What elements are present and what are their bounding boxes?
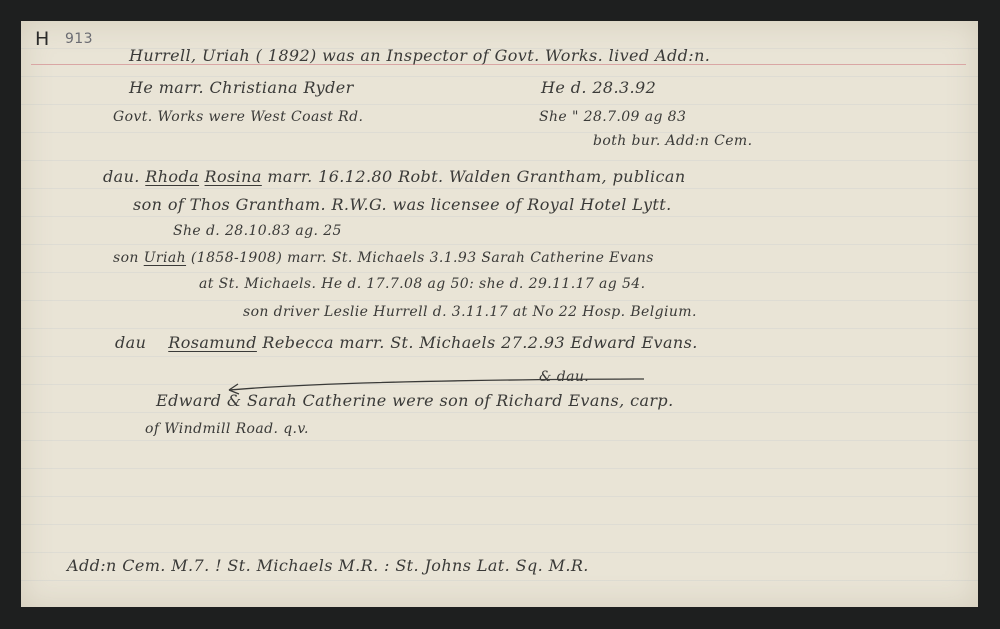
card-ref-letter: H bbox=[35, 28, 50, 50]
marriage-detail: (1858-1908) marr. St. Michaels 3.1.93 Sa… bbox=[191, 250, 654, 266]
line-death-he: He d. 28.3.92 bbox=[541, 78, 656, 97]
name-rosina: Rosina bbox=[205, 167, 262, 186]
relation-label: dau. bbox=[103, 167, 140, 186]
line-rhoda-death: She d. 28.10.83 ag. 25 bbox=[173, 223, 342, 239]
insertion-note: & dau. bbox=[539, 369, 589, 385]
name-rhoda: Rhoda bbox=[145, 167, 199, 186]
name-uriah: Uriah bbox=[144, 250, 186, 266]
line-leslie: son driver Leslie Hurrell d. 3.11.17 at … bbox=[243, 304, 697, 320]
marriage-detail: marr. 16.12.80 Robt. Walden Grantham, pu… bbox=[267, 167, 685, 186]
line-windmill-road: of Windmill Road. q.v. bbox=[145, 421, 309, 437]
line-daughter-rosamund: dau Rosamund Rebecca marr. St. Michaels … bbox=[115, 333, 698, 352]
line-death-she: She " 28.7.09 ag 83 bbox=[539, 109, 686, 125]
index-card: H 913 Hurrell, Uriah ( 1892) was an Insp… bbox=[21, 21, 978, 607]
line-uriah-death: at St. Michaels. He d. 17.7.08 ag 50: sh… bbox=[199, 276, 645, 292]
card-ref-number: 913 bbox=[65, 31, 93, 47]
line-evans-parents: Edward & Sarah Catherine were son of Ric… bbox=[156, 391, 674, 410]
line-burial: both bur. Add:n Cem. bbox=[593, 133, 752, 149]
line-daughter-rhoda: dau. Rhoda Rosina marr. 16.12.80 Robt. W… bbox=[103, 167, 686, 186]
line-govt-works: Govt. Works were West Coast Rd. bbox=[113, 109, 363, 125]
line-header: Hurrell, Uriah ( 1892) was an Inspector … bbox=[129, 46, 710, 65]
footer-burial-refs: Add:n Cem. M.7. ! St. Michaels M.R. : St… bbox=[67, 556, 589, 575]
relation-label: dau bbox=[115, 333, 146, 352]
line-grantham: son of Thos Grantham. R.W.G. was license… bbox=[133, 195, 672, 214]
line-son-uriah: son Uriah (1858-1908) marr. St. Michaels… bbox=[113, 250, 654, 266]
relation-label: son bbox=[113, 250, 139, 266]
marriage-detail: Rebecca marr. St. Michaels 27.2.93 Edwar… bbox=[262, 333, 697, 352]
line-marriage: He marr. Christiana Ryder bbox=[129, 78, 354, 97]
name-rosamund: Rosamund bbox=[168, 333, 257, 352]
